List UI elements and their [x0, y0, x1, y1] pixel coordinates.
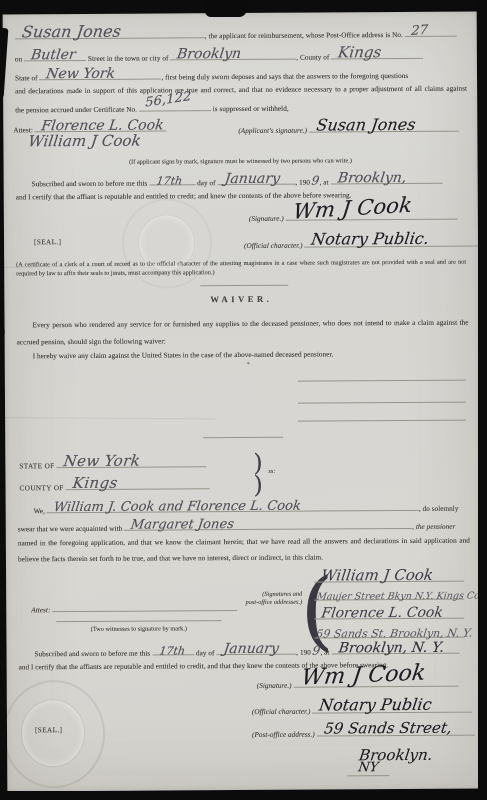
embossed-seal-inner-ring	[20, 699, 85, 768]
attest-sig1-blank: Florence L. Cook	[35, 122, 167, 132]
state-handwriting-2: New York	[63, 452, 142, 470]
official-character-row-1: (Official character.) Notary Public.	[244, 238, 479, 250]
witness-addr-1-line: Maujer Street Bkyn N.Y. Kings Co.	[314, 582, 464, 601]
official-character-blank-1: Notary Public.	[304, 238, 479, 248]
declarations-line: and declarations made in support of this…	[15, 85, 467, 96]
place-handwriting-2: Brooklyn, N. Y.	[337, 640, 445, 657]
printed-state-label: State of	[15, 74, 38, 82]
po-address-row: (Post-office address.) 59 Sands Street,	[252, 727, 475, 739]
section-divider	[200, 285, 288, 287]
certificate-number-blank: 56,122	[139, 102, 211, 111]
official-character-label-2: (Official character.)	[252, 708, 311, 716]
po-state-blank: NY	[347, 762, 389, 776]
two-witness-note: (Two witnesses to signature by mark.)	[36, 625, 241, 633]
applicant-name-blank: Susan Jones	[15, 29, 205, 39]
state-line: State of New York, first being duly swor…	[15, 69, 408, 82]
city-blank: Brooklyn	[170, 51, 296, 61]
place-blank-1: Brooklyn,	[330, 175, 442, 185]
printed-solemnly: , do solemnly	[419, 505, 459, 513]
po-address-state-row: NY	[347, 762, 389, 778]
scan-right-edge	[478, 0, 487, 800]
witness-sig-1-line: William J Cook	[314, 564, 464, 583]
attest-blank-2	[52, 602, 237, 612]
printed-at-2: , at	[320, 648, 329, 656]
mark-note: (If applicant signs by mark, signature m…	[4, 157, 478, 167]
printed-jurat-pre-2: Subscribed and sworn to before me this	[35, 650, 151, 659]
applicant-signature-blank: Susan Jones	[309, 123, 459, 133]
acquainted-row: swear that we were acquainted with Marga…	[18, 520, 456, 534]
waiver-end-divider	[203, 437, 283, 438]
printed-after-name: , the applicant for reimbursement, whose…	[205, 31, 403, 40]
printed-street-label: Street in the town or city of	[88, 54, 169, 62]
official-character-row-2: (Official character.) Notary Public	[252, 704, 472, 716]
applicant-name-handwriting: Susan Jones	[21, 22, 123, 42]
printed-attest-label-2: Attest:	[31, 606, 50, 614]
po-address-handwriting-3: NY	[357, 760, 379, 775]
month-blank-2: January	[216, 646, 296, 655]
witnesses-blank: William J. Cook and Florence L. Cook	[47, 502, 419, 513]
certificate-line: the pension accrued under Certificate No…	[15, 102, 289, 115]
printed-year-pre-2: , 190	[296, 649, 311, 657]
embossed-seal	[3, 680, 106, 789]
state-blank-2: New York	[57, 458, 207, 468]
scan-left-tear-3	[0, 598, 6, 658]
scan-top-notch	[205, 0, 247, 17]
day-blank-1: 17th	[149, 176, 195, 185]
printed-year-pre-1: , 190	[295, 179, 310, 187]
faint-embossed-seal	[122, 198, 213, 289]
witness-addr-2: 59 Sands St. Brooklyn, N. Y.	[315, 627, 473, 641]
applicant-signature-handwriting: Susan Jones	[315, 115, 417, 135]
month-handwriting-1: January	[223, 171, 280, 187]
paper-crease	[5, 417, 215, 419]
attest-row-2: Attest:	[31, 602, 237, 614]
street-handwriting: Butler	[30, 47, 77, 63]
waiver-mark: *	[247, 362, 250, 368]
affidavit2-line4: believe the facts therein set forth to b…	[18, 554, 323, 564]
county-handwriting-2: Kings	[72, 474, 119, 492]
witness-addr-2-line: 59 Sands St. Brooklyn, N. Y.	[314, 619, 464, 639]
printed-suppressed-text: is suppressed or withheld,	[213, 105, 289, 113]
state-of-row: STATE OF New York	[19, 458, 206, 470]
county-brace: )	[253, 471, 263, 499]
county-handwriting: Kings	[337, 43, 383, 61]
witness-sig-2-line: Florence L. Cook	[314, 600, 464, 620]
clerk-note: (A certificate of a clerk of a court of …	[16, 258, 466, 279]
scan-bottom-edge	[0, 791, 487, 800]
jurat-2: Subscribed and sworn to before me this 1…	[34, 643, 459, 660]
waiver-paragraph-2: I hereby waive any claim against the Uni…	[33, 350, 334, 360]
pensioner-handwriting: Margaret Jones	[130, 517, 235, 533]
month-blank-1: January	[217, 176, 295, 185]
printed-the-pensioner: , the pensioner	[412, 523, 455, 531]
state-handwriting: New York	[45, 66, 116, 82]
seal-label-1: [SEAL.]	[34, 238, 61, 246]
day-handwriting-2: 17th	[158, 644, 185, 657]
county-blank: Kings	[331, 50, 421, 60]
printed-at-1: , at	[320, 178, 329, 186]
attest-sig2-row: William J Cook	[28, 132, 140, 151]
jurat-1: Subscribed and sworn to before me this 1…	[32, 173, 443, 190]
waiver-paragraph-1: Every person who rendered any service fo…	[16, 315, 468, 352]
city-handwriting: Brooklyn	[176, 46, 242, 62]
state-blank: New York	[39, 70, 161, 80]
po-number-blank: 27	[405, 28, 457, 37]
notary-signature-blank-2: Wm J Cook	[293, 678, 458, 688]
county-of-row: COUNTY OF Kings	[19, 480, 210, 492]
affidavit2-line3: named in the foregoing application, and …	[18, 537, 470, 548]
we-row: We, William J. Cook and Florence L. Cook…	[34, 502, 459, 516]
place-handwriting-1: Brooklyn,	[336, 170, 407, 186]
two-witness-line	[56, 620, 221, 622]
printed-county-label: , County of	[296, 53, 329, 61]
waiver-signature-line-3	[298, 420, 466, 422]
waiver-heading: WAIVER.	[4, 293, 478, 306]
document-paper: Susan Jones, the applicant for reimburse…	[3, 12, 482, 792]
applicant-signature-label: (Applicant's signature.)	[238, 127, 307, 135]
signatures-addresses-label-2: post-office addresses.)	[246, 599, 303, 606]
printed-jurat-pre: Subscribed and sworn to before me this	[32, 180, 148, 189]
pensioner-blank: Margaret Jones	[124, 520, 412, 531]
po-number-handwriting: 27	[411, 23, 429, 39]
po-address-label: (Post-office address.)	[252, 731, 315, 739]
faint-embossed-seal-inner-ring	[138, 214, 195, 271]
applicant-signature-row: (Applicant's signature.) Susan Jones	[238, 123, 459, 135]
printed-period: .	[421, 53, 423, 61]
day-blank-2: 17th	[152, 646, 194, 655]
waiver-signature-line-1	[298, 380, 466, 382]
month-handwriting-2: January	[222, 641, 279, 657]
signatures-addresses-label-1: (Signatures and	[262, 591, 302, 598]
signature-label-1: (Signature.)	[249, 215, 284, 223]
ss-label: ss:	[268, 468, 275, 475]
printed-day-of-2: day of	[196, 649, 215, 657]
official-character-label-1: (Official character.)	[244, 242, 303, 250]
printed-we: We,	[34, 507, 45, 515]
street-line: on Butler Street in the town or city of …	[15, 50, 423, 63]
official-character-handwriting-1: Notary Public.	[310, 229, 430, 249]
printed-day-of-1: day of	[197, 179, 216, 187]
notary-signature-handwriting-2: Wm J Cook	[300, 661, 427, 691]
applicant-line: Susan Jones, the applicant for reimburse…	[15, 28, 471, 42]
day-handwriting-1: 17th	[155, 174, 182, 187]
place-blank-2: Brooklyn, N. Y.	[331, 645, 459, 655]
signature-label-2: (Signature.)	[257, 682, 292, 690]
printed-on: on	[15, 55, 22, 63]
attest-signature-2: William J Cook	[27, 132, 142, 151]
notary-signature-blank-1: Wm J Cook	[286, 211, 458, 221]
witness-signatures-block: William J Cook Maujer Street Bkyn N.Y. K…	[314, 564, 466, 639]
printed-cert-label: the pension accrued under Certificate No…	[15, 106, 137, 115]
waiver-signature-line-2	[298, 402, 466, 404]
po-address-handwriting-1: 59 Sands Street,	[323, 719, 453, 738]
street-blank: Butler	[24, 52, 86, 61]
printed-county-of: COUNTY OF	[20, 484, 64, 492]
notary-signature-row-1: (Signature.) Wm J Cook	[249, 211, 458, 223]
po-address-blank: 59 Sands Street,	[317, 727, 475, 737]
signatures-addresses-label: (Signatures and post-office addresses.)	[234, 591, 302, 607]
county-blank-2: Kings	[66, 480, 210, 490]
official-character-blank-2: Notary Public	[312, 704, 472, 714]
witnesses-handwriting: William J. Cook and Florence L. Cook	[53, 499, 302, 516]
notary-signature-row-2: (Signature.) Wm J Cook	[257, 678, 459, 690]
printed-acquainted: swear that we were acquainted with	[18, 525, 123, 534]
printed-sworn-text: , first being duly sworn deposes and say…	[161, 72, 408, 82]
printed-state-of: STATE OF	[19, 462, 54, 470]
official-character-handwriting-2: Notary Public	[318, 695, 433, 715]
